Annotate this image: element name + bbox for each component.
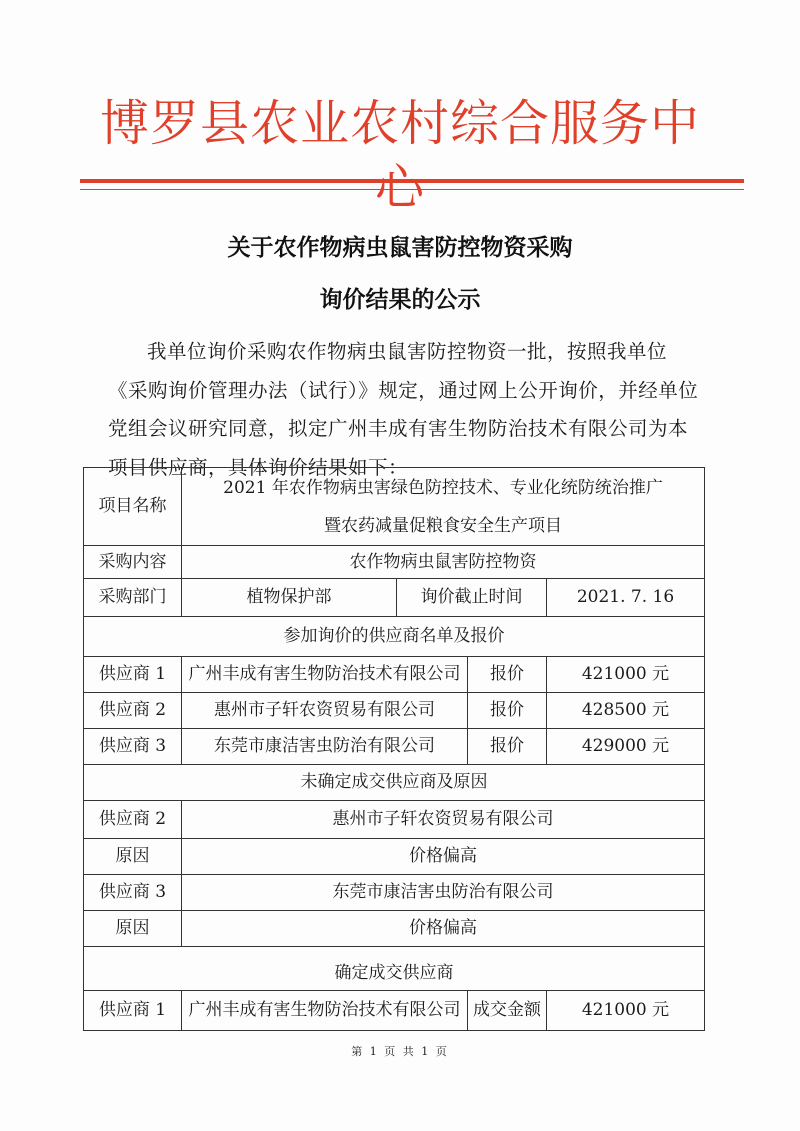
reason-label: 原因	[84, 911, 182, 947]
bidder-row: 供应商 2 惠州市子轩农资贸易有限公司 报价 428500 元	[84, 693, 705, 729]
content-label: 采购内容	[84, 546, 182, 579]
document-title-line1: 关于农作物病虫鼠害防控物资采购	[80, 229, 720, 262]
bidder-label: 供应商 1	[84, 657, 182, 693]
dept-label: 采购部门	[84, 579, 182, 617]
project-name-value: 2021 年农作物病虫害绿色防控技术、专业化统防统治推广 暨农药减量促粮食安全生…	[182, 468, 705, 546]
rejected-name: 惠州市子轩农资贸易有限公司	[182, 801, 705, 839]
dept-value: 植物保护部	[182, 579, 397, 617]
deadline-label: 询价截止时间	[397, 579, 547, 617]
row-winner-header: 确定成交供应商	[84, 947, 705, 991]
bidder-row: 供应商 1 广州丰成有害生物防治技术有限公司 报价 421000 元	[84, 657, 705, 693]
rejected-name: 东莞市康洁害虫防治有限公司	[182, 875, 705, 911]
rejected-reason-row: 原因 价格偏高	[84, 839, 705, 875]
bidder-name: 东莞市康洁害虫防治有限公司	[182, 729, 468, 765]
bidder-label: 供应商 2	[84, 693, 182, 729]
bidders-header: 参加询价的供应商名单及报价	[84, 617, 705, 657]
bidder-label: 供应商 3	[84, 729, 182, 765]
bidder-price-label: 报价	[468, 693, 547, 729]
deadline-value: 2021. 7. 16	[547, 579, 705, 617]
document-page: 博罗县农业农村综合服务中心 关于农作物病虫鼠害防控物资采购 询价结果的公示 我单…	[0, 0, 800, 1131]
bidder-price: 421000 元	[547, 657, 705, 693]
intro-paragraph: 我单位询价采购农作物病虫鼠害防控物资一批，按照我单位《采购询价管理办法（试行）》…	[108, 333, 700, 487]
rejected-label: 供应商 3	[84, 875, 182, 911]
rejected-supplier-row: 供应商 3 东莞市康洁害虫防治有限公司	[84, 875, 705, 911]
project-name-line2: 暨农药减量促粮食安全生产项目	[186, 507, 700, 545]
bidder-name: 惠州市子轩农资贸易有限公司	[182, 693, 468, 729]
inquiry-result-table: 项目名称 2021 年农作物病虫害绿色防控技术、专业化统防统治推广 暨农药减量促…	[83, 467, 705, 1031]
winner-amount-label: 成交金额	[468, 991, 547, 1031]
winner-amount: 421000 元	[547, 991, 705, 1031]
rejected-label: 供应商 2	[84, 801, 182, 839]
rejected-reason-row: 原因 价格偏高	[84, 911, 705, 947]
project-name-line1: 2021 年农作物病虫害绿色防控技术、专业化统防统治推广	[186, 469, 700, 507]
bidder-name: 广州丰成有害生物防治技术有限公司	[182, 657, 468, 693]
reason-value: 价格偏高	[182, 911, 705, 947]
document-title-line2: 询价结果的公示	[80, 281, 720, 314]
content-value: 农作物病虫鼠害防控物资	[182, 546, 705, 579]
winner-row: 供应商 1 广州丰成有害生物防治技术有限公司 成交金额 421000 元	[84, 991, 705, 1031]
rejected-supplier-row: 供应商 2 惠州市子轩农资贸易有限公司	[84, 801, 705, 839]
winner-header: 确定成交供应商	[84, 947, 705, 991]
row-department: 采购部门 植物保护部 询价截止时间 2021. 7. 16	[84, 579, 705, 617]
row-bidders-header: 参加询价的供应商名单及报价	[84, 617, 705, 657]
bidder-price-label: 报价	[468, 729, 547, 765]
rejected-header: 未确定成交供应商及原因	[84, 765, 705, 801]
bidder-price: 429000 元	[547, 729, 705, 765]
row-content: 采购内容 农作物病虫鼠害防控物资	[84, 546, 705, 579]
winner-label: 供应商 1	[84, 991, 182, 1031]
reason-value: 价格偏高	[182, 839, 705, 875]
winner-name: 广州丰成有害生物防治技术有限公司	[182, 991, 468, 1031]
project-name-label: 项目名称	[84, 468, 182, 546]
row-project-name: 项目名称 2021 年农作物病虫害绿色防控技术、专业化统防统治推广 暨农药减量促…	[84, 468, 705, 546]
bidder-price: 428500 元	[547, 693, 705, 729]
organization-letterhead: 博罗县农业农村综合服务中心	[80, 92, 720, 220]
row-rejected-header: 未确定成交供应商及原因	[84, 765, 705, 801]
letterhead-rule-thick	[80, 179, 744, 183]
bidder-price-label: 报价	[468, 657, 547, 693]
reason-label: 原因	[84, 839, 182, 875]
bidder-row: 供应商 3 东莞市康洁害虫防治有限公司 报价 429000 元	[84, 729, 705, 765]
letterhead-rule-thin	[80, 189, 744, 190]
page-number: 第 1 页 共 1 页	[0, 1043, 800, 1059]
